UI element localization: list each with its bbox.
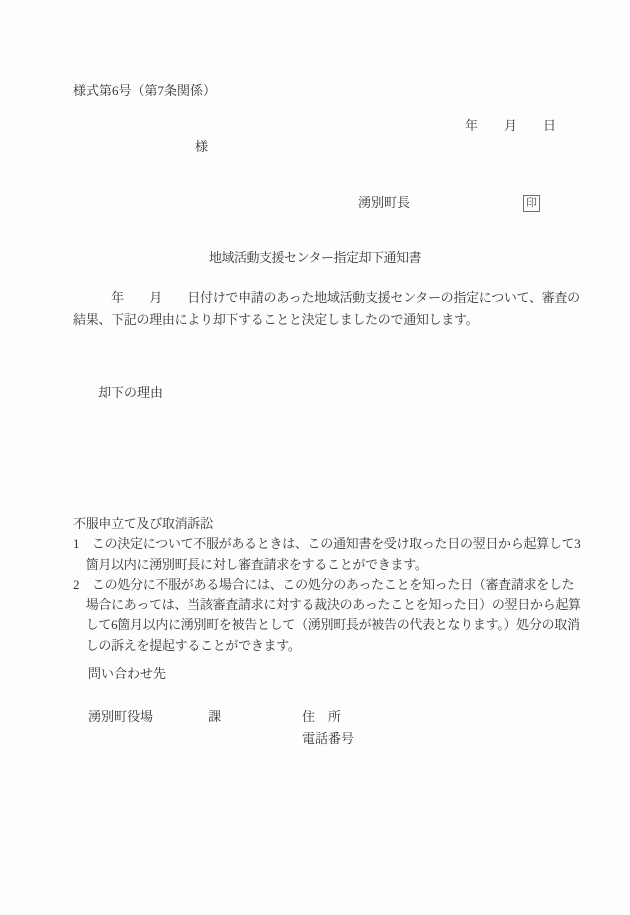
document-title: 地域活動支援センター指定却下通知書 xyxy=(0,249,630,267)
rejection-reason-label: 却下の理由 xyxy=(98,384,163,402)
rejection-notice-document: 様式第6号（第7条関係） 年 月 日 様 湧別町長 印 地域活動支援センター指定… xyxy=(0,0,630,915)
form-number: 様式第6号（第7条関係） xyxy=(73,82,216,100)
notice-body-line-2: 結果、下記の理由により却下することと決定しましたので通知します。 xyxy=(73,309,573,331)
notice-body-line-1: 年 月 日付けで申請のあった地域活動支援センターの指定について、審査の xyxy=(73,287,573,309)
appeal-section: 不服申立て及び取消訴訟 1 この決定について不服があるときは、この通知書を受け取… xyxy=(73,514,585,656)
appeal-line: しの訴えを提起することができます。 xyxy=(73,636,585,656)
appeal-line: 箇月以内に湧別町長に対し審査請求をすることができます。 xyxy=(73,555,585,575)
appeal-line: 1 この決定について不服があるときは、この通知書を受け取った日の翌日から起算して… xyxy=(73,534,585,554)
issue-date-blanks: 年 月 日 xyxy=(465,117,556,135)
phone-number-label: 電話番号 xyxy=(302,730,354,748)
address-label: 住 所 xyxy=(302,708,341,726)
seal-placeholder-icon: 印 xyxy=(523,195,540,212)
town-office-label: 湧別町役場 xyxy=(88,708,153,726)
appeal-line: 2 この処分に不服がある場合には、この処分のあったことを知った日（審査請求をした xyxy=(73,575,585,595)
notice-body-paragraph: 年 月 日付けで申請のあった地域活動支援センターの指定について、審査の 結果、下… xyxy=(73,287,573,331)
appeal-heading: 不服申立て及び取消訴訟 xyxy=(73,514,585,534)
issuer-mayor-label: 湧別町長 xyxy=(358,194,410,212)
department-suffix-label: 課 xyxy=(208,708,221,726)
appeal-line: 場合にあっては、当該審査請求に対する裁決のあったことを知った日）の翌日から起算 xyxy=(73,595,585,615)
appeal-line: して6箇月以内に湧別町を被告として（湧別町長が被告の代表となります。）処分の取消 xyxy=(73,615,585,635)
inquiry-contact-label: 問い合わせ先 xyxy=(88,665,166,683)
addressee-suffix: 様 xyxy=(195,138,208,156)
